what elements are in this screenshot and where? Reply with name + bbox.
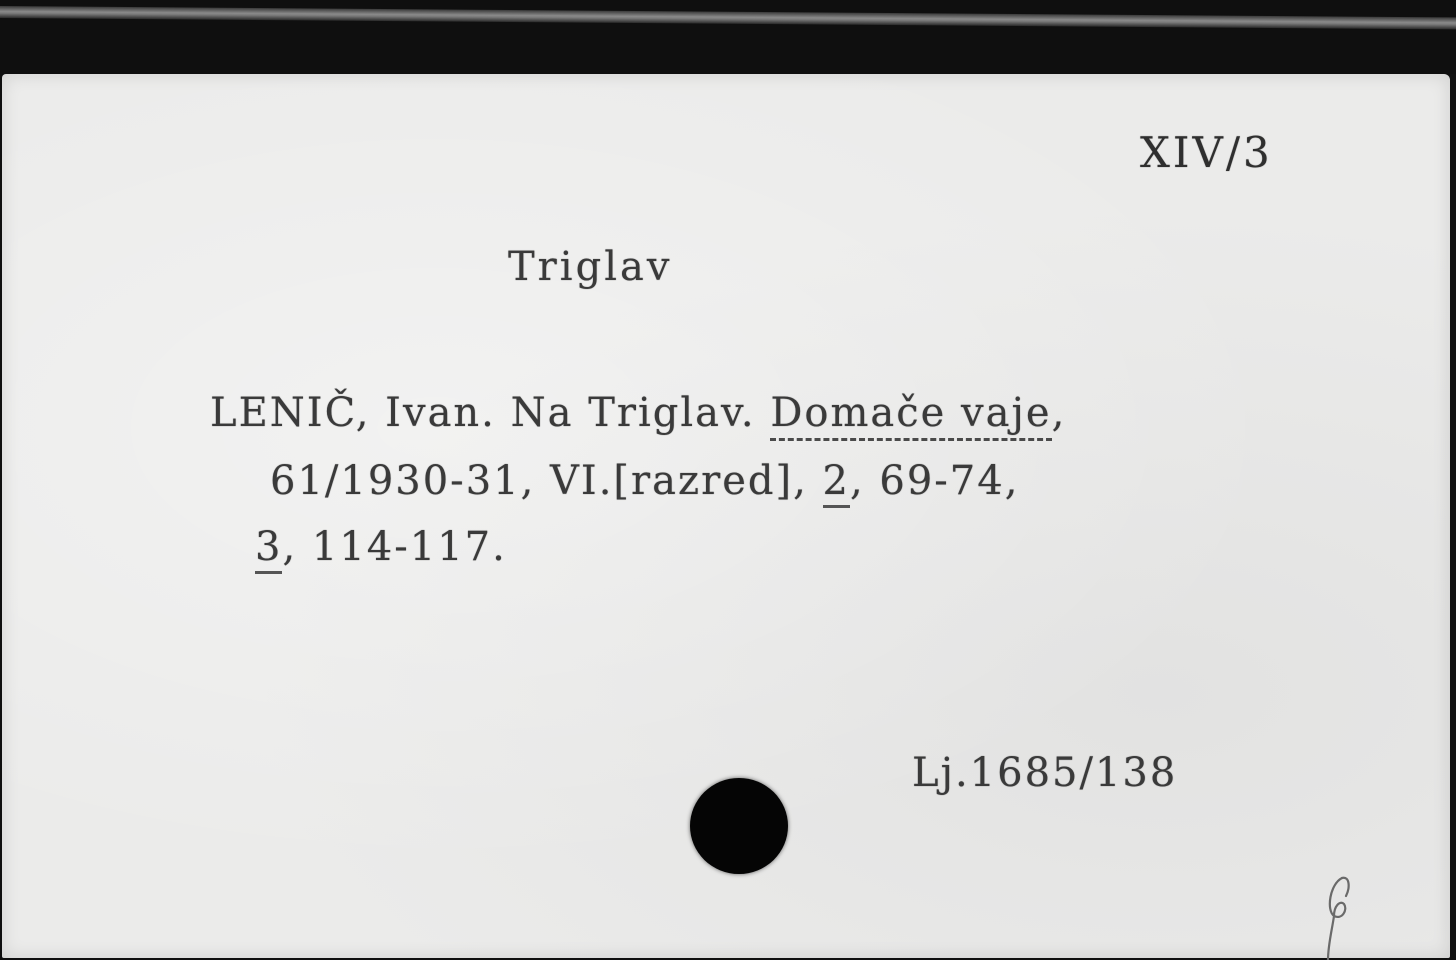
pages-2: , 114-117. bbox=[282, 524, 506, 570]
pages-1: , 69-74, bbox=[850, 458, 1019, 504]
journal-title: Domače vaje bbox=[770, 390, 1051, 441]
issue-number-1: 2 bbox=[823, 458, 850, 508]
author-name: LENIČ, Ivan. bbox=[210, 390, 496, 436]
scanned-catalog-card-image: XIV/3 Triglav LENIČ, Ivan. Na Triglav. D… bbox=[0, 0, 1456, 960]
entry-line-1: LENIČ, Ivan. Na Triglav. Domače vaje, bbox=[210, 390, 1066, 436]
entry-line-2: 61/1930-31, VI.[razred], 2, 69-74, bbox=[270, 458, 1019, 504]
line1-punctuation: , bbox=[1052, 390, 1067, 436]
punch-hole bbox=[690, 778, 788, 874]
shelf-mark: Lj.1685/138 bbox=[912, 750, 1177, 796]
handwritten-mark-icon bbox=[1320, 870, 1360, 960]
subject-heading: Triglav bbox=[508, 244, 672, 290]
call-number: XIV/3 bbox=[1140, 128, 1273, 177]
volume-year: 61/1930-31, VI.[razred], bbox=[270, 458, 823, 504]
scanner-edge-strip bbox=[0, 6, 1456, 29]
article-title: Na Triglav. bbox=[511, 390, 756, 436]
issue-number-2: 3 bbox=[255, 524, 282, 574]
card-right-edge bbox=[1450, 74, 1456, 960]
entry-line-3: 3, 114-117. bbox=[255, 524, 507, 570]
